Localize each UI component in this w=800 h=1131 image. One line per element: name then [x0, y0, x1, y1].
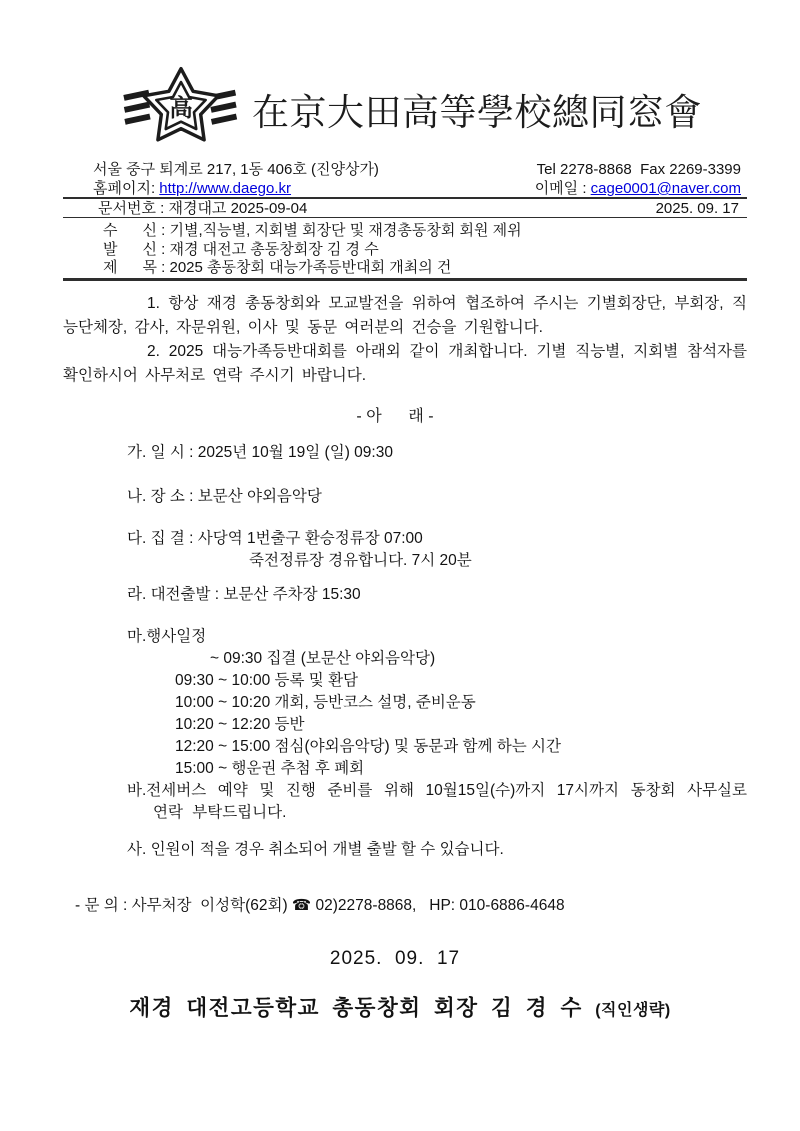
schedule-line: 10:20 ~ 12:20 등반	[127, 714, 747, 736]
item-place: 나. 장 소 : 보문산 야외음악당	[127, 486, 747, 508]
organization-title: 在京大田高等學校總同窓會	[252, 82, 702, 136]
body-paragraphs: 1. 항상 재경 총동창회와 모교발전을 위하여 협조하여 주시는 기별회장단,…	[63, 292, 747, 388]
contact-block: 서울 중구 퇴계로 217, 1동 406호 (진양상가) Tel 2278-8…	[63, 160, 747, 198]
item-cancellation-note: 사. 인원이 적을 경우 취소되어 개별 출발 할 수 있습니다.	[127, 839, 747, 861]
recipient-row: 수 신 : 기별,직능별, 지회별 회장단 및 재경총동창회 회원 제위	[63, 221, 747, 240]
schedule-line: 09:30 ~ 10:00 등록 및 환담	[127, 670, 747, 692]
schedule-line: 10:00 ~ 10:20 개회, 등반코스 설명, 준비운동	[127, 692, 747, 714]
stamp-omitted-note: (직인생략)	[595, 1002, 670, 1019]
school-emblem-icon: 高	[122, 64, 240, 154]
inquiry-line: - 문 의 : 사무처장 이성학(62회) ☎ 02)2278-8868, HP…	[75, 893, 565, 915]
doc-number: 문서번호 : 재경대고 2025-09-04	[98, 200, 307, 217]
subject-row: 제 목 : 2025 총동창회 대능가족등반대회 개최의 건	[63, 258, 747, 277]
email-label: 이메일 :	[535, 180, 591, 197]
schedule-line: 12:20 ~ 15:00 점심(야외음악당) 및 동문과 함께 하는 시간	[127, 736, 747, 758]
address-row: 서울 중구 퇴계로 217, 1동 406호 (진양상가) Tel 2278-8…	[63, 160, 747, 179]
homepage-label: 홈페이지:	[93, 180, 159, 197]
sender-text: 발 신 : 재경 대전고 총동창회장 김 경 수	[63, 240, 747, 259]
homepage-field: 홈페이지: http://www.daego.kr	[93, 179, 291, 198]
divider-top	[63, 197, 747, 199]
address-text: 서울 중구 퇴계로 217, 1동 406호 (진양상가)	[93, 160, 379, 179]
item-date-time: 가. 일 시 : 2025년 10월 19일 (일) 09:30	[127, 442, 747, 464]
schedule-line: ~ 09:30 집결 (보문산 야외음악당)	[127, 648, 747, 670]
sender-row: 발 신 : 재경 대전고 총동창회장 김 경 수	[63, 240, 747, 259]
schedule-line: 15:00 ~ 행운권 추첨 후 폐회	[127, 758, 747, 780]
doc-number-row: 문서번호 : 재경대고 2025-09-04 2025. 09. 17	[63, 200, 747, 217]
document-page: 高 在京大田高等學校總同窓會 서울 중구 퇴계로 217, 1동 406호 (진…	[0, 0, 800, 1131]
signature-text: 재경 대전고등학교 총동창회 회장 김 경 수	[129, 996, 595, 1020]
item-list: 가. 일 시 : 2025년 10월 19일 (일) 09:30 나. 장 소 …	[127, 442, 747, 861]
footer-date: 2025. 09. 17	[0, 948, 790, 970]
item-bus-reservation: 바.전세버스 예약 및 진행 준비를 위해 10월15일(수)까지 17시까지 …	[127, 780, 747, 824]
item-departure: 라. 대전출발 : 보문산 주차장 15:30	[127, 584, 747, 606]
homepage-link[interactable]: http://www.daego.kr	[159, 180, 291, 197]
homepage-email-row: 홈페이지: http://www.daego.kr 이메일 : cage0001…	[63, 179, 747, 198]
item-assembly-note: 죽전정류장 경유합니다. 7시 20분	[127, 550, 747, 572]
below-heading: - 아 래 -	[0, 403, 790, 426]
recipient-text: 수 신 : 기별,직능별, 지회별 회장단 및 재경총동창회 회원 제위	[63, 221, 747, 240]
doc-date: 2025. 09. 17	[656, 200, 747, 217]
divider-subject	[63, 278, 747, 281]
item-assembly: 다. 집 결 : 사당역 1번출구 환승정류장 07:00	[127, 528, 747, 550]
paragraph-1: 1. 항상 재경 총동창회와 모교발전을 위하여 협조하여 주시는 기별회장단,…	[63, 292, 747, 340]
email-field: 이메일 : cage0001@naver.com	[535, 179, 745, 198]
paragraph-2: 2. 2025 대능가족등반대회를 아래외 같이 개최합니다. 기별 직능별, …	[63, 340, 747, 388]
emblem-character: 高	[169, 94, 193, 122]
item-schedule-heading: 마.행사일정	[127, 626, 747, 648]
subject-text: 제 목 : 2025 총동창회 대능가족등반대회 개최의 건	[63, 258, 747, 277]
email-link[interactable]: cage0001@naver.com	[591, 180, 741, 197]
divider-docno	[63, 217, 747, 218]
tel-fax-text: Tel 2278-8868 Fax 2269-3399	[537, 160, 745, 179]
document-header: 高 在京大田高等學校總同窓會	[122, 64, 702, 154]
signature-line: 재경 대전고등학교 총동창회 회장 김 경 수 (직인생략)	[0, 991, 800, 1022]
